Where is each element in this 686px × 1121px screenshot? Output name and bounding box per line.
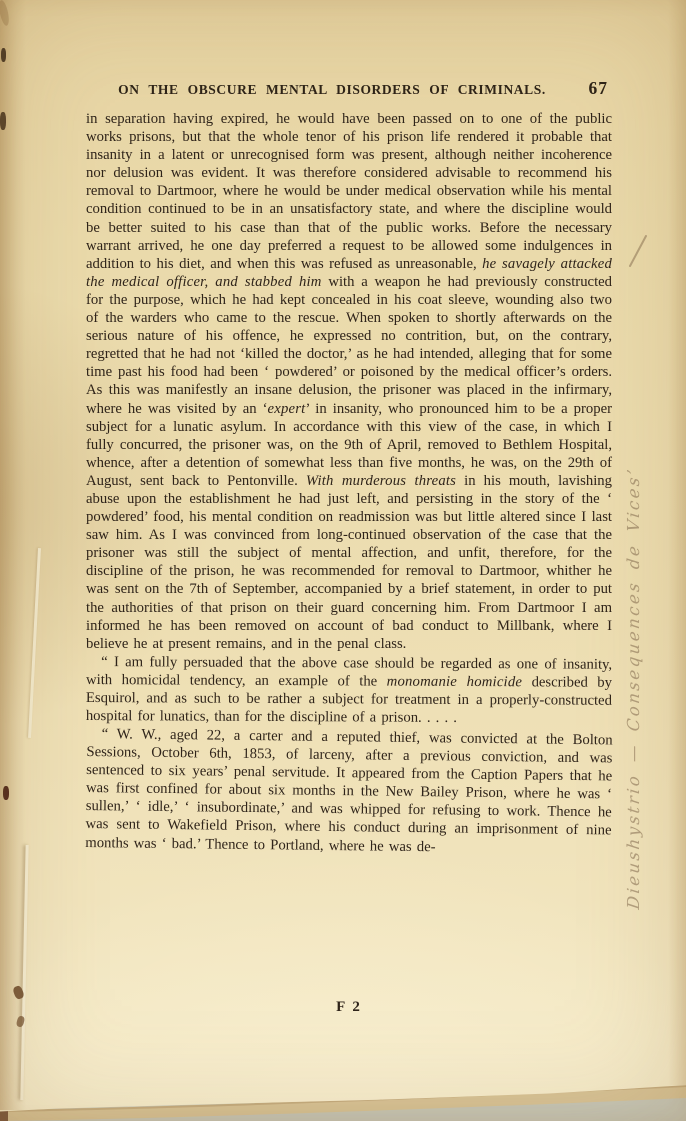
right-edge-shadow	[668, 0, 686, 1085]
page-number: 67	[589, 78, 609, 99]
edge-blemish	[3, 786, 9, 800]
paragraph: in separation having expired, he would h…	[86, 110, 612, 653]
page-paragraphs: in separation having expired, he would h…	[86, 110, 612, 852]
left-edge-shadow	[0, 0, 26, 1110]
text-run: in separation having expired, he would h…	[86, 111, 612, 272]
text-run: with a weapon he had previously construc…	[86, 274, 612, 417]
page-title: ON THE OBSCURE MENTAL DISORDERS OF CRIMI…	[86, 82, 612, 98]
signature-mark: F 2	[86, 999, 612, 1016]
scanned-book-page: ON THE OBSCURE MENTAL DISORDERS OF CRIMI…	[0, 0, 686, 1121]
edge-blemish	[0, 112, 6, 130]
running-header: ON THE OBSCURE MENTAL DISORDERS OF CRIMI…	[86, 82, 612, 104]
text-run: “ W. W., aged 22, a carter and a reputed…	[85, 726, 612, 855]
italic-text-run: expert	[268, 401, 306, 417]
edge-blemish	[1, 48, 6, 62]
text-run: in his mouth, lavishing abuse upon the e…	[86, 473, 612, 652]
italic-text-run: monomanie homicide	[387, 673, 523, 690]
paragraph: “ I am fully persuaded that the above ca…	[86, 653, 612, 728]
italic-text-run: With murderous threats	[306, 473, 456, 489]
paragraph: “ W. W., aged 22, a carter and a reputed…	[85, 725, 613, 858]
handwritten-marginalia: Dieushystrio — Consequences de Vices’	[624, 218, 643, 910]
